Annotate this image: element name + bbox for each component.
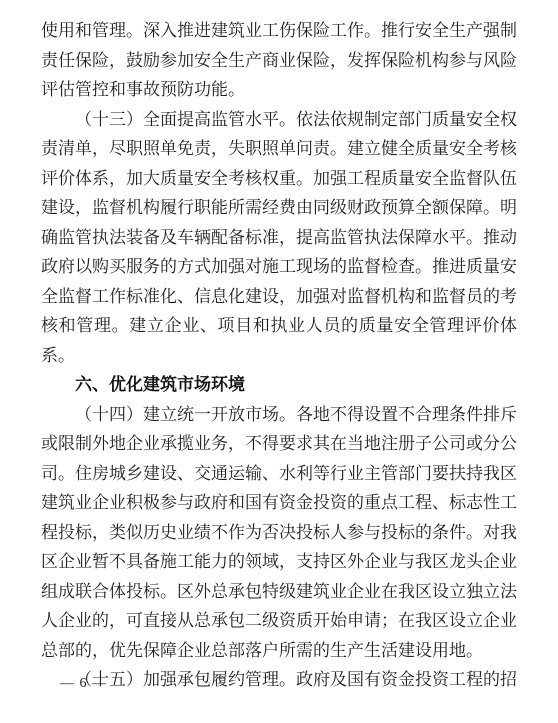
paragraph-item-15: （十五）加强承包履约管理。政府及国有资金投资工程的招 [41, 665, 517, 695]
paragraph-continuation: 使用和管理。深入推进建筑业工伤保险工作。推行安全生产强制责任保险，鼓励参加安全生… [41, 16, 517, 105]
page-number: — 6 — [60, 676, 107, 692]
paragraph-item-13: （十三）全面提高监管水平。依法依规制定部门质量安全权责清单，尽职照单免责，失职照… [41, 105, 517, 371]
document-page: 使用和管理。深入推进建筑业工伤保险工作。推行安全生产强制责任保险，鼓励参加安全生… [0, 0, 558, 723]
section-heading-6: 六、优化建筑市场环境 [41, 370, 517, 400]
paragraph-item-14: （十四）建立统一开放市场。各地不得设置不合理条件排斥或限制外地企业承揽业务，不得… [41, 400, 517, 666]
